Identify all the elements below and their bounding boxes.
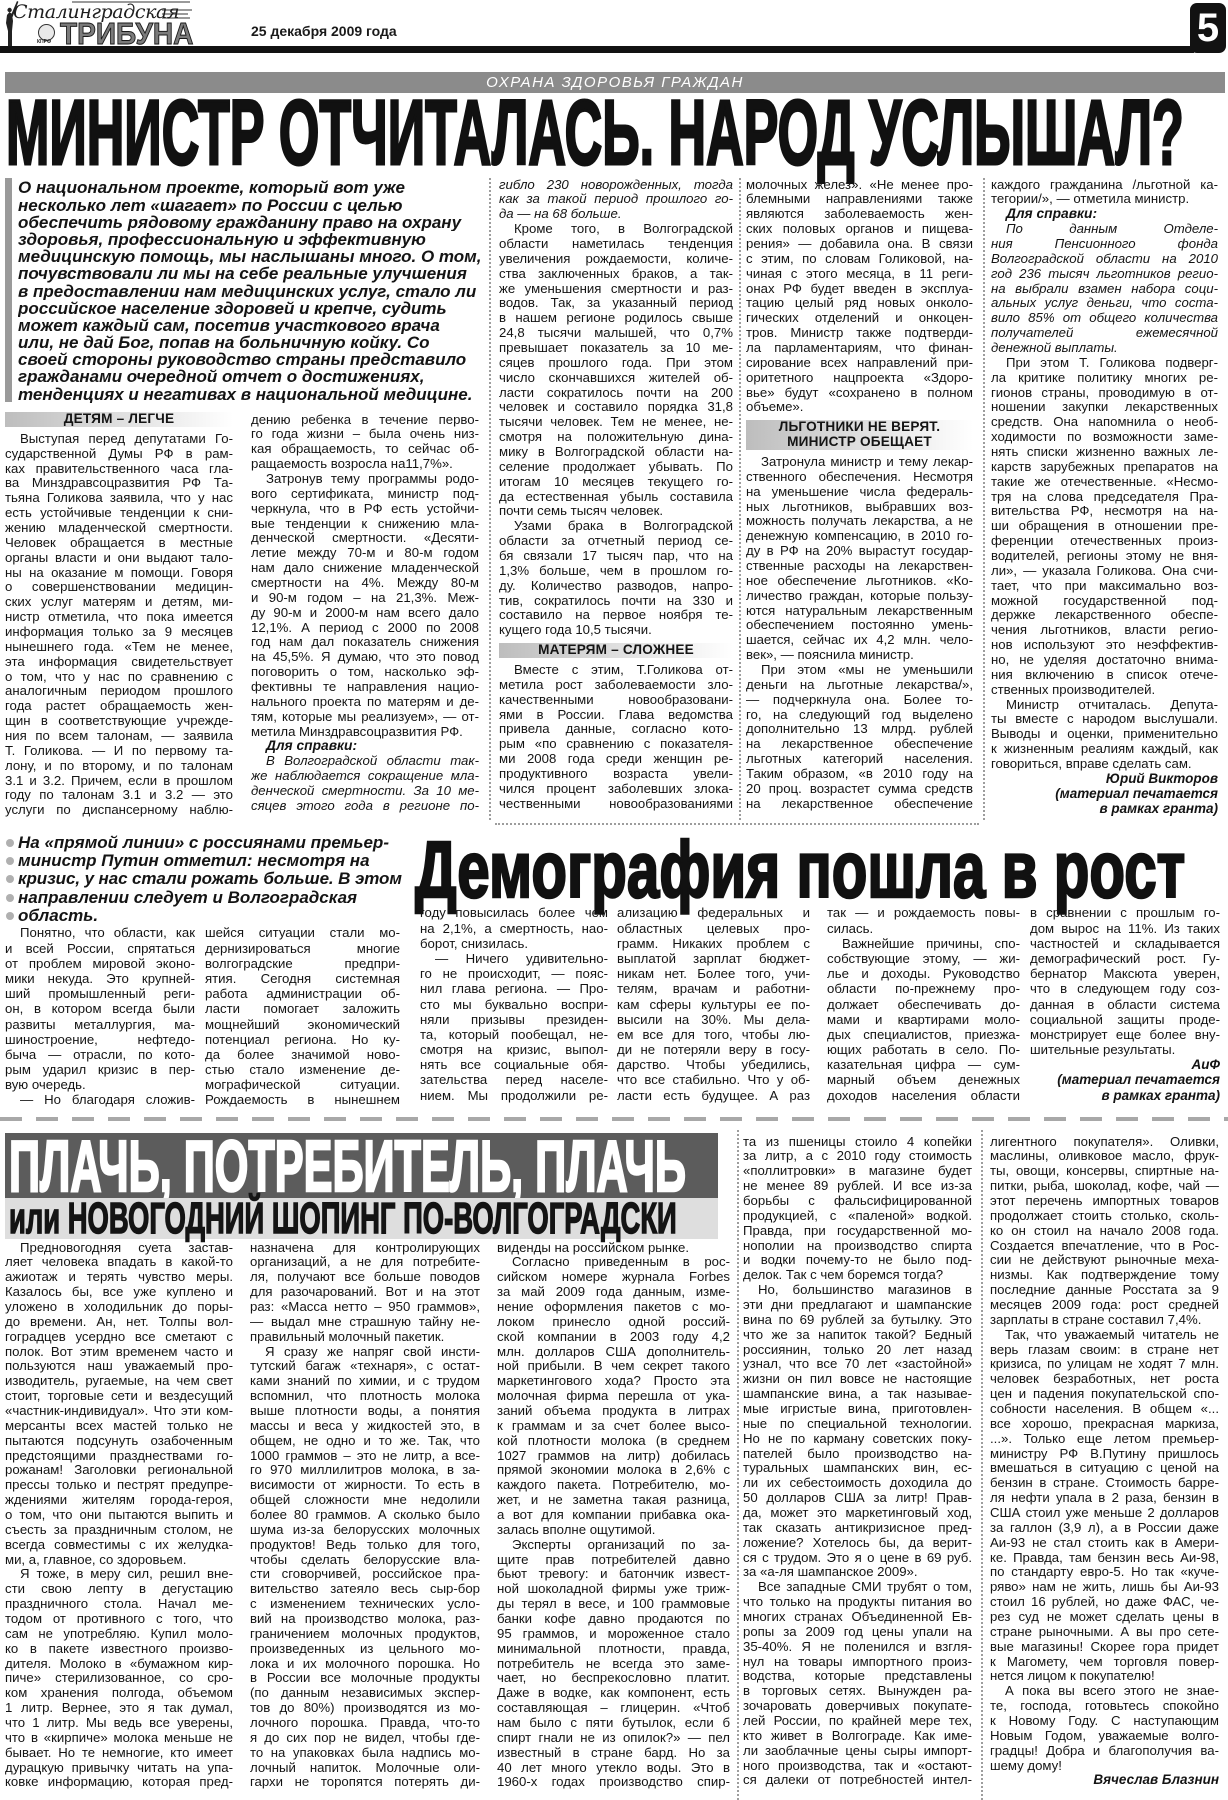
text-line: 35-40%. Я не поленился и взгля- — [743, 1640, 972, 1655]
text-line: — выдал мне страшную тайну не- — [250, 1315, 480, 1330]
text-line: граничением молочных продуктов, — [250, 1627, 480, 1642]
text-line: ные по специальной технологии. — [743, 1417, 972, 1432]
text-line: чает, но беспрекословно платит. — [497, 1671, 730, 1686]
newspaper-page: Сталинградская КПРФ ТРИБУНА 25 декабря 2… — [0, 0, 1228, 1800]
text-line: Даже в водке, как компонент, есть — [497, 1686, 730, 1701]
text-line: общем, не одно и то же. Так, что — [250, 1434, 480, 1449]
text-line: градцы! Добра и благополучия ва- — [990, 1744, 1219, 1759]
text-line: рожанам! Заголовки региональной — [5, 1463, 233, 1478]
text-line: тов до 80%) производятся из мо- — [250, 1701, 480, 1716]
text-line: лочный напиток. Молочные оли- — [250, 1761, 480, 1776]
text-line: Но, большинство магазинов в — [743, 1283, 972, 1298]
text-line: спирт гнали не из опилок?» — пел — [497, 1731, 730, 1746]
paragraph: Эксперты организаций по за-щите прав пот… — [497, 1538, 730, 1791]
text-line: цен и падения покупательской спо- — [990, 1387, 1219, 1402]
text-line: за галлон (3,9 л), а в России даже — [990, 1521, 1219, 1536]
text-line: прессы только и пестрят предупре- — [5, 1478, 233, 1493]
text-line: съесть за праздничным столом, не — [5, 1523, 233, 1538]
text-line: ли заоблачные цены сыры импорт- — [743, 1744, 972, 1759]
text-line: предстоящими празднествами го- — [5, 1449, 233, 1464]
text-line: ля, получают все больше поводов — [250, 1270, 480, 1285]
text-line: так сказать антикризисное пред- — [743, 1521, 972, 1536]
text-line: пользуются наш уважаемый про- — [5, 1359, 233, 1374]
text-line: ковке информацию, которая пред- — [5, 1775, 233, 1790]
paragraph: Я тоже, в меру сил, решил вне-сти свою л… — [5, 1567, 233, 1790]
text-line: 50 долларов США за литр! Прав- — [743, 1491, 972, 1506]
text-line: ропы за 2009 год цены упали на — [743, 1625, 972, 1640]
text-line: месяцев 2009 года: рост средней — [990, 1298, 1219, 1313]
text-line: человек безработных, нет роста — [990, 1372, 1219, 1387]
text-line: ли их себестоимость доходила до — [743, 1476, 972, 1491]
text-line: Вячеслав Блазнин — [990, 1773, 1219, 1788]
text-line: ся с трудом. Это я о цене в 69 руб. — [743, 1551, 972, 1566]
text-line: этот перечень импортных товаров — [990, 1194, 1219, 1209]
text-line: ками знаний по химии, и с трудом — [250, 1374, 480, 1389]
text-line: сии не действуют рыночные меха- — [990, 1253, 1219, 1268]
text-line: Я сразу же напряг свой инсти- — [250, 1345, 480, 1360]
text-line: ской компании в 2003 году 4,2 — [497, 1330, 730, 1345]
text-line: нополии на производство спирта — [743, 1239, 972, 1254]
paragraph: лигентного покупателя». Оливки,маслины, … — [990, 1135, 1219, 1328]
text-line: а вот для компании прибавка ока- — [497, 1508, 730, 1523]
text-line: маслины, оливковое масло, фрук- — [990, 1149, 1219, 1164]
text-line: Создается впечатление, что в Рос- — [990, 1239, 1219, 1254]
paragraph: Но, большинство магазинов вэти дни предл… — [743, 1283, 972, 1580]
text-line: те, господа, готовьтесь спокойно — [990, 1699, 1219, 1714]
text-line: Эксперты организаций по за- — [497, 1538, 730, 1553]
text-line: что 1 литр. Мы ведь все уверены, — [5, 1716, 233, 1731]
text-line: продолжает стоить столько, сколь- — [990, 1209, 1219, 1224]
text-line: стране рыночными. А вы про сете- — [990, 1625, 1219, 1640]
text-line: тутский багаж «технаря», с остат- — [250, 1359, 480, 1374]
article3-column-3: виденды на российском рынке.Согласно при… — [497, 1241, 730, 1791]
text-line: щите прав потребителей давно — [497, 1553, 730, 1568]
text-line: ного производства, так и «остают- — [743, 1759, 972, 1774]
text-line: кризиса, по улицам не ходят 7 млн. — [990, 1357, 1219, 1372]
text-line: 1000 граммов – это не литр, а все- — [250, 1449, 480, 1464]
text-line: к Новому Году. С наступающим — [990, 1714, 1219, 1729]
text-line: ми, а, главное, со здоровьем. — [5, 1553, 233, 1568]
text-line: общей сложности мне недолили — [250, 1493, 480, 1508]
text-line: составляющая – глицерин. «Чтоб — [497, 1701, 730, 1716]
text-line: все хорошо, прекрасная маркиза, — [990, 1417, 1219, 1432]
headline: ПЛАЧЬ, ПОТРЕБИТЕЛЬ, ПЛАЧЬ — [9, 1131, 686, 1203]
text-line: для разочарований. Вот и на этот — [250, 1285, 480, 1300]
text-line: праздничного стола. Начал ме- — [5, 1597, 233, 1612]
text-line: стоил 16 рублей, но даже ФАС, че- — [990, 1595, 1219, 1610]
text-line: пателей было производство на- — [743, 1447, 972, 1462]
text-line: ряво» нам не жить, лишь бы Аи-93 — [990, 1580, 1219, 1595]
text-line: сийском номере журнала Forbes — [497, 1270, 730, 1285]
text-line: сти свою лепту в дегустацию — [5, 1582, 233, 1597]
text-line: стоит, торговые сети и вездесущий — [5, 1389, 233, 1404]
text-line: млн. долларов США дополнитель- — [497, 1345, 730, 1360]
text-line: ...». Только еще летом премьер- — [990, 1432, 1219, 1447]
text-line: мерсанты всех мастей только не — [5, 1419, 233, 1434]
text-line: ко в пакете известного произво- — [5, 1642, 233, 1657]
text-line: банки кофе давно продаются по — [497, 1612, 730, 1627]
text-line: ажиотаж и терять чувство меры. — [5, 1270, 233, 1285]
text-line: в торговых сетях. Вынужден ра- — [743, 1684, 972, 1699]
text-line: последние данные Росстата за 9 — [990, 1283, 1219, 1298]
text-line: гоградцев усердно все сметают с — [5, 1330, 233, 1345]
text-line: известный в стране бард. Но за — [497, 1746, 730, 1761]
text-line: всегда совместимы с их желудка- — [5, 1538, 233, 1553]
text-line: шума из-за белорусских молочных — [250, 1523, 480, 1538]
text-line: Но не по карману советских поку- — [743, 1432, 972, 1447]
text-line: 1960-х годах производство спир- — [497, 1775, 730, 1790]
paragraph: Так, что уважаемый читатель неверь глаза… — [990, 1328, 1219, 1685]
text-line: и водки почему-то не было под- — [743, 1253, 972, 1268]
text-line: назначена для контролирующих — [250, 1241, 480, 1256]
text-line: заний объема продукта в литрах — [497, 1404, 730, 1419]
text-line: ке. Правда, там бензин весь Аи-98, — [990, 1551, 1219, 1566]
text-line: уложено в холодильник до поры- — [5, 1300, 233, 1315]
text-line: гархи не торопятся потерять ди- — [250, 1775, 480, 1790]
text-line: изводитель, ругаемые, на чем свет — [5, 1374, 233, 1389]
text-line: вмешаться в ситуацию с ценой на — [990, 1461, 1219, 1476]
text-line: ляет человека впадать в какой-то — [5, 1255, 233, 1270]
text-line: пиче» стерилизованное, со сро- — [5, 1671, 233, 1686]
text-line: ты, овощи, консервы, спиртные на- — [990, 1164, 1219, 1179]
paragraph: А пока вы всего этого не знае-те, господ… — [990, 1684, 1219, 1773]
text-line: США стоил уже меньше 2 долларов — [990, 1506, 1219, 1521]
text-line: рез суд не может сделать цены в — [990, 1610, 1219, 1625]
text-line: дителя. Молоко в «бумажном кир- — [5, 1657, 233, 1672]
text-line: 1027 граммов на литр) добилась — [497, 1449, 730, 1464]
text-line: кто живет в Волгограде. Как име- — [743, 1729, 972, 1744]
text-line: питки, рыба, шоколад, кофе, чай — — [990, 1179, 1219, 1194]
text-line: потребитель не всегда это заме- — [497, 1657, 730, 1672]
text-line: Правда, при государственной мо- — [743, 1224, 972, 1239]
text-line: не менее 89 рублей. И все из-за — [743, 1179, 972, 1194]
text-line: ком хранения полгода, объемом — [5, 1686, 233, 1701]
text-line: бьют тревогу: и батончик извест- — [497, 1567, 730, 1582]
text-line: 95 граммов, и мороженное стало — [497, 1627, 730, 1642]
text-line: о том, что они пытаются выпить и — [5, 1508, 233, 1523]
paragraph: Предновогодняя суета застав-ляет человек… — [5, 1241, 233, 1568]
text-line: (по данным независимых экспер- — [250, 1686, 480, 1701]
text-line: продуктов! Ведь только для того, — [250, 1538, 480, 1553]
text-line: выше плотности воды, а понятия — [250, 1404, 480, 1419]
text-line: нется лицом к покупателю! — [990, 1669, 1219, 1684]
text-line: россиянин, только 20 лет назад — [743, 1343, 972, 1358]
article3-column-1: Предновогодняя суета застав-ляет человек… — [5, 1241, 233, 1791]
text-line: тодом от противного с того, что — [5, 1612, 233, 1627]
text-line: организаций, а не для потребите- — [250, 1255, 480, 1270]
text-line: ся далеки от потребностей интел- — [743, 1773, 972, 1788]
text-line: нам было с пяти бутылок, если б — [497, 1716, 730, 1731]
text-line: раз: «Масса нетто – 950 граммов», — [250, 1300, 480, 1315]
text-line: каждого пакета. Потребителю, мо- — [497, 1478, 730, 1493]
text-line: прямой экономии молока в 2,6% с — [497, 1463, 730, 1478]
text-line: сти сговорчивей, российское пра- — [250, 1567, 480, 1582]
text-line: Казалось бы, все уже куплено и — [5, 1285, 233, 1300]
text-line: в России все молочные продукты — [250, 1671, 480, 1686]
text-line: висимости от жирности. То есть в — [250, 1478, 480, 1493]
text-line: полок. Вот этим временем часто и — [5, 1345, 233, 1360]
text-line: ля нефти упала в 2 раза, бензин в — [990, 1491, 1219, 1506]
text-line: лигентного покупателя». Оливки, — [990, 1135, 1219, 1150]
text-line: минимальной плотности, правда, — [497, 1642, 730, 1657]
text-line: ды терял в весе, и 100 граммовые — [497, 1597, 730, 1612]
text-line: до времени. Ан, нет. Толпы вол- — [5, 1315, 233, 1330]
text-line: вые магазины! Скорее гора придет — [990, 1640, 1219, 1655]
paragraph: виденды на российском рынке. — [497, 1241, 730, 1256]
text-line: виденды на российском рынке. — [497, 1241, 730, 1256]
paragraph: та из пшеницы стоило 4 копейкиза литр, а… — [743, 1135, 972, 1284]
text-line: верь глазам своим: в стране нет — [990, 1343, 1219, 1358]
text-line: шампанские вина, а так называе- — [743, 1387, 972, 1402]
text-line: «поллитровки» в магазине будет — [743, 1164, 972, 1179]
text-line: туральных шампанских вин, ес- — [743, 1461, 972, 1476]
text-line: Новым Годом, уважаемые волго- — [990, 1729, 1219, 1744]
text-line: за май 2009 года данным, изме- — [497, 1285, 730, 1300]
text-line: да, может это маркетинговый ход, — [743, 1506, 972, 1521]
text-line: Аи-93 не стал стоить как в Амери- — [990, 1536, 1219, 1551]
text-line: Все западные СМИ трубят о том, — [743, 1580, 972, 1595]
text-line: министру РФ В.Путину пришлось — [990, 1447, 1219, 1462]
article3-column-5: лигентного покупателя». Оливки,маслины, … — [990, 1135, 1219, 1789]
paragraph: Согласно приведенным в рос-сийском номер… — [497, 1255, 730, 1537]
text-line: жет, и не заметна такая разница, — [497, 1493, 730, 1508]
text-line: кой плотности молока (в среднем — [497, 1434, 730, 1449]
text-line: вительство затеяло весь сыр-бор — [250, 1582, 480, 1597]
text-line: ложение? Хотелось бы, да верит- — [743, 1536, 972, 1551]
text-line: та из пшеницы стоило 4 копейки — [743, 1135, 972, 1150]
text-line: пытаются подсунуть озабоченным — [5, 1434, 233, 1449]
text-line: что только на продукты питания во — [743, 1595, 972, 1610]
text-line: ной шоколадной фирмы уже триж- — [497, 1582, 730, 1597]
text-line: Предновогодняя суета застав- — [5, 1241, 233, 1256]
text-line: ждениями жителям города-героя, — [5, 1493, 233, 1508]
text-line: бензин в стране. Стоимость барре- — [990, 1476, 1219, 1491]
text-line: го 970 миллилитров молока, в за- — [250, 1463, 480, 1478]
text-line: более 80 граммов. А сколько было — [250, 1508, 480, 1523]
text-line: бывает. Но те немногие, кто имеет — [5, 1746, 233, 1761]
text-line: водства, которые представлены — [743, 1669, 972, 1684]
text-line: жизни он пил вовсе не настоящие — [743, 1372, 972, 1387]
paragraph: Я сразу же напряг свой инсти-тутский баг… — [250, 1345, 480, 1791]
text-line: ко он стоил на начало 2008 года. — [990, 1224, 1219, 1239]
text-line: эти дни предлагают и шампанские — [743, 1298, 972, 1313]
text-line: залась вполне ощутимой. — [497, 1523, 730, 1538]
text-line: за литр, а с 2010 году стоимость — [743, 1149, 972, 1164]
article3-column-2: назначена для контролирующихорганизаций,… — [250, 1241, 480, 1791]
text-line: многих странах Объединенной Ев- — [743, 1610, 972, 1625]
text-line: молочная фирма перешла от ука- — [497, 1389, 730, 1404]
text-line: продукцией, с «паленой» водкой. — [743, 1209, 972, 1224]
text-line: что же за напиток такой? Бедный — [743, 1328, 972, 1343]
paragraph: Все западные СМИ трубят о том,что только… — [743, 1580, 972, 1788]
text-line: к Магомету, чем торговля повер- — [990, 1655, 1219, 1670]
text-line: 1 литр. Вернее, это я так думал, — [5, 1701, 233, 1716]
text-line: я до сих пор не видел, чтобы где- — [250, 1731, 480, 1746]
text-line: с изменением технических усло- — [250, 1597, 480, 1612]
text-line: нул на товары импортного произ- — [743, 1655, 972, 1670]
text-line: вий на производство молока, раз- — [250, 1612, 480, 1627]
column-divider — [737, 1130, 739, 1800]
text-line: Согласно приведенным в рос- — [497, 1255, 730, 1270]
text-line: делок. Так с чем боремся тогда? — [743, 1268, 972, 1283]
text-line: вина по 69 рублей за бутылку. Это — [743, 1313, 972, 1328]
text-line: локом принесло одной россий- — [497, 1315, 730, 1330]
text-line: нение оформления пакетов с мо- — [497, 1300, 730, 1315]
text-line: мые игристые вина, приготовлен- — [743, 1402, 972, 1417]
text-line: шему дому! — [990, 1759, 1219, 1774]
text-line: зочаровать доверчивых покупате- — [743, 1699, 972, 1714]
text-line: за «а-ля шампанское 2009». — [743, 1565, 972, 1580]
text-line: зарплаты в стране составил 7,4%. — [990, 1313, 1219, 1328]
text-line: Так, что уважаемый читатель не — [990, 1328, 1219, 1343]
text-line: лей России, по крайней мере тех, — [743, 1714, 972, 1729]
text-line: 40 лет много утекло воды. Это в — [497, 1761, 730, 1776]
text-line: по стандарту евро-5. Но так «куче- — [990, 1565, 1219, 1580]
text-line: «частник-индивидуал». Что эти ком- — [5, 1404, 233, 1419]
text-line: что в «кирпиче» молока меньше не — [5, 1731, 233, 1746]
column-divider — [981, 1130, 983, 1800]
text-line: Я тоже, в меру сил, решил вне- — [5, 1567, 233, 1582]
text-line: ной прибыли. В чем секрет такого — [497, 1359, 730, 1374]
text-line: лока и их молочного порошка. Но — [250, 1657, 480, 1672]
text-line: дурацкую привычку читать на упа- — [5, 1761, 233, 1776]
text-line: вспомнил, что плотность молока — [250, 1389, 480, 1404]
text-line: правильный молочный пакетик. — [250, 1330, 480, 1345]
signature: Вячеслав Блазнин — [990, 1773, 1219, 1788]
text-line: сам не употребляю. Купил моло- — [5, 1627, 233, 1642]
article-consumer: ПЛАЧЬ, ПОТРЕБИТЕЛЬ, ПЛАЧЬ или НОВОГОДНИЙ… — [0, 0, 1228, 1800]
text-line: собности населения. В общем «... — [990, 1402, 1219, 1417]
text-line: чтобы сделать белорусские вла- — [250, 1553, 480, 1568]
text-line: низмы. Как подтверждение тому — [990, 1268, 1219, 1283]
text-line: А пока вы всего этого не знае- — [990, 1684, 1219, 1699]
text-line: произведенных из цельного мо- — [250, 1642, 480, 1657]
text-line: борьбы с фальсифицированной — [743, 1194, 972, 1209]
text-line: массы и веса у жидкостей это, в — [250, 1419, 480, 1434]
text-line: маркетингового хода? Просто эта — [497, 1374, 730, 1389]
text-line: к граммам и за счет более высо- — [497, 1419, 730, 1434]
subheadline: или НОВОГОДНИЙ ШОПИНГ ПО-ВОЛГОГРАДСКИ — [9, 1197, 677, 1241]
text-line: лочного порошка. Правда, что-то — [250, 1716, 480, 1731]
paragraph: назначена для контролирующихорганизаций,… — [250, 1241, 480, 1345]
text-line: узнал, что все 70 лет «застойной» — [743, 1357, 972, 1372]
article3-column-4: та из пшеницы стоило 4 копейкиза литр, а… — [743, 1135, 972, 1789]
text-line: то на упаковках была надпись мо- — [250, 1746, 480, 1761]
